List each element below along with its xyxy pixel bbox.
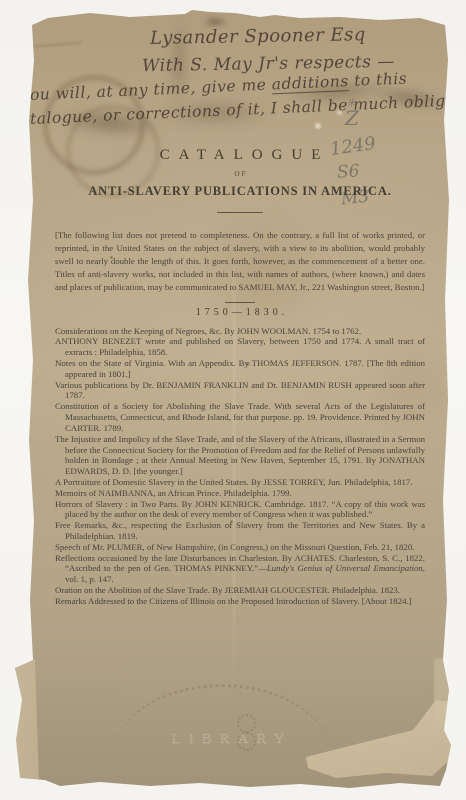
entry-text: Constitution of a Society for Abolishing… bbox=[55, 401, 425, 433]
catalog-entry: Horrors of Slavery : in Two Parts. By JO… bbox=[55, 499, 425, 521]
perforated-library-stamp: LIBRARY bbox=[99, 678, 349, 778]
catalog-entry: A Portraiture of Domestic Slavery in the… bbox=[55, 477, 425, 488]
title-rule bbox=[217, 212, 263, 213]
entry-text: Remarks Addressed to the Citizens of Ill… bbox=[55, 596, 412, 606]
preface-paragraph: [The following list does not pretend to … bbox=[55, 229, 425, 294]
entry-text: Considerations on the Keeping of Negroes… bbox=[55, 326, 361, 336]
entry-list: Considerations on the Keeping of Negroes… bbox=[55, 326, 425, 607]
entry-text: Oration on the Abolition of the Slave Tr… bbox=[55, 585, 400, 595]
catalog-entry: Remarks Addressed to the Citizens of Ill… bbox=[55, 596, 425, 607]
inscription-line-3-pre: ou will, at any time, give me bbox=[30, 75, 273, 104]
page-title: CATALOGUE bbox=[55, 148, 425, 163]
page-subtitle: ANTI-SLAVERY PUBLICATIONS IN AMERICA. bbox=[55, 184, 425, 199]
inscription-line-1: Lysander Spooner Esq bbox=[150, 24, 366, 49]
catalog-entry: Reflections occasioned by the late Distu… bbox=[55, 553, 425, 585]
call-number-line-z: Z bbox=[345, 106, 359, 130]
entry-text: Free Remarks, &c., respecting the Exclus… bbox=[55, 520, 425, 541]
title-of-word: OF bbox=[55, 170, 425, 178]
right-edge-tear bbox=[434, 658, 450, 722]
catalog-entry: Various publications by Dr. BENJAMIN FRA… bbox=[55, 380, 425, 402]
catalog-entry: ANTHONY BENEZET wrote and published on S… bbox=[55, 336, 425, 358]
catalog-entry: Considerations on the Keeping of Negroes… bbox=[55, 326, 425, 337]
catalog-entry: Oration on the Abolition of the Slave Tr… bbox=[55, 585, 425, 596]
stamp-arc bbox=[111, 684, 333, 769]
catalog-entry: Constitution of a Society for Abolishing… bbox=[55, 401, 425, 433]
catalog-entry: The Injustice and Impolicy of the Slave … bbox=[55, 434, 425, 477]
entry-text: Horrors of Slavery : in Two Parts. By JO… bbox=[55, 499, 425, 520]
entry-citation-italic: Lundy's Genius of Universal Emancipation bbox=[267, 563, 423, 573]
stamp-text: LIBRARY bbox=[99, 730, 357, 747]
entry-text: Memoirs of NAIMBANNA, an African Prince.… bbox=[55, 488, 292, 498]
entry-text: The Injustice and Impolicy of the Slave … bbox=[55, 434, 425, 476]
torn-flap-bottom-left bbox=[14, 655, 56, 790]
catalog-entry: Free Remarks, &c., respecting the Exclus… bbox=[55, 520, 425, 542]
entry-text: ANTHONY BENEZET wrote and published on S… bbox=[55, 336, 425, 357]
stamp-circle-top bbox=[237, 714, 256, 733]
printed-text-block: CATALOGUE OF ANTI-SLAVERY PUBLICATIONS I… bbox=[55, 148, 425, 607]
entry-text: A Portraiture of Domestic Slavery in the… bbox=[55, 477, 412, 487]
stamp-circle-bottom bbox=[237, 732, 256, 751]
entry-text: Various publications by Dr. BENJAMIN FRA… bbox=[55, 380, 425, 401]
entry-text: Notes on the State of Virginia. With an … bbox=[55, 358, 425, 379]
inscription-underlined-word: additions bbox=[271, 72, 349, 94]
entry-text: Speech of Mr. PLUMER, of New Hampshire, … bbox=[55, 542, 414, 552]
catalog-entry: Speech of Mr. PLUMER, of New Hampshire, … bbox=[55, 542, 425, 553]
section-rule bbox=[225, 302, 255, 303]
inscription-line-3-post: to this bbox=[348, 70, 407, 91]
pamphlet-page: Lysander Spooner Esq With S. May Jr's re… bbox=[14, 10, 452, 790]
catalog-entry: Memoirs of NAIMBANNA, an African Prince.… bbox=[55, 488, 425, 499]
catalog-entry: Notes on the State of Virginia. With an … bbox=[55, 358, 425, 380]
section-heading: 1750—1830. bbox=[55, 307, 425, 318]
